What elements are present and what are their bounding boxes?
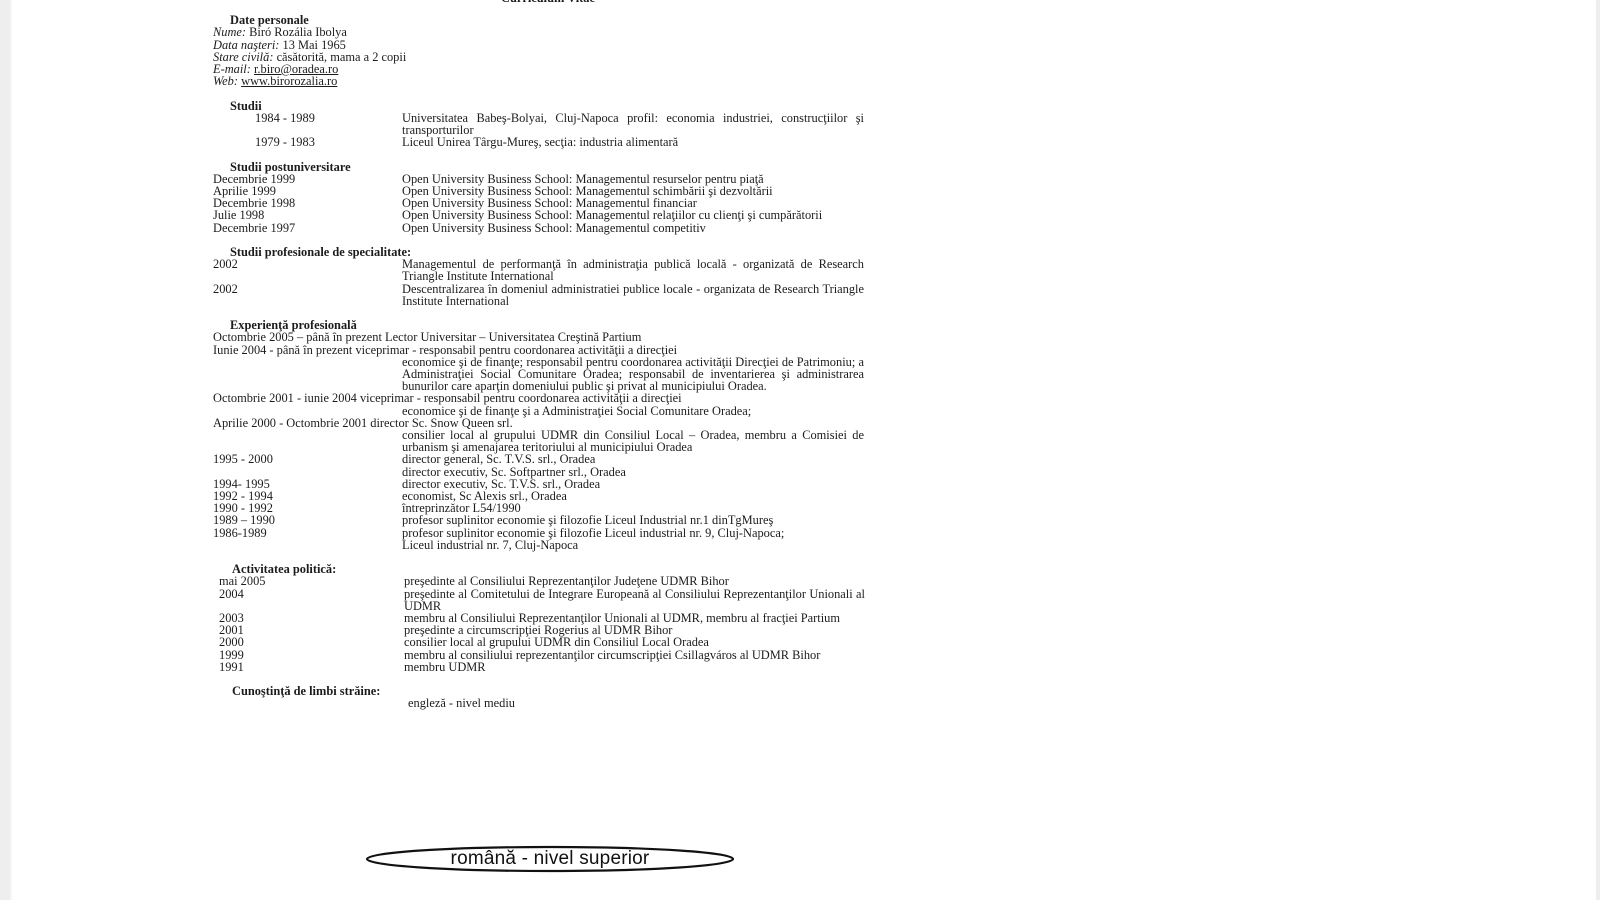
item-text: Liceul Unirea Târgu-Mureş, secţia: indus… [402, 136, 864, 148]
item-date: Julie 1998 [213, 209, 402, 221]
item-text: Open University Business School: Managem… [402, 222, 864, 234]
experience-detail: economice şi de finanţe; responsabil pen… [402, 356, 864, 393]
experience-detail: consilier local al grupului UDMR din Con… [402, 429, 864, 453]
list-item: 2000consilier local al grupului UDMR din… [213, 636, 865, 648]
list-item: 1989 – 1990profesor suplinitor economie … [213, 514, 865, 526]
list-item: 1995 - 2000director general, Sc. T.V.S. … [213, 453, 865, 465]
item-text: preşedinte al Consiliului Reprezentanţil… [404, 575, 865, 587]
item-date: 1979 - 1983 [213, 136, 402, 148]
item-text: consilier local al grupului UDMR din Con… [404, 636, 865, 648]
item-date: 2002 [213, 258, 402, 282]
experience-item: Octombrie 2001 - iunie 2004 viceprimar -… [213, 392, 865, 416]
list-item: 2002Managementul de performanţă în admin… [213, 258, 865, 282]
personal-fields: Nume: Biró Rozália IbolyaData naşteri: 1… [213, 26, 865, 87]
item-date: 2000 [213, 636, 404, 648]
section-postgrad-heading: Studii postuniversitare [230, 161, 865, 173]
item-text: director general, Sc. T.V.S. srl., Orade… [402, 453, 864, 465]
item-date: 2004 [213, 588, 404, 612]
list-item: 1999membru al consiliului reprezentanţil… [213, 649, 865, 661]
experience-current: Octombrie 2005 – până în prezent Lector … [213, 331, 864, 343]
list-item: 1979 - 1983Liceul Unirea Târgu-Mureş, se… [213, 136, 865, 148]
cv-document: Curriculum Vitae Date personale Nume: Bi… [213, 0, 865, 710]
item-text: preşedinte al Comitetului de Integrare E… [404, 588, 865, 612]
item-date: 1984 - 1989 [213, 112, 402, 136]
experience-detail: economice şi de finanţe şi a Administraţ… [402, 405, 864, 417]
experience-lead: Octombrie 2001 - iunie 2004 viceprimar -… [213, 392, 864, 404]
item-text: Managementul de performanţă în administr… [402, 258, 864, 282]
item-date: Decembrie 1997 [213, 222, 402, 234]
item-text: Descentralizarea în domeniul administrat… [402, 283, 864, 307]
list-item: 1992 - 1994economist, Sc Alexis srl., Or… [213, 490, 865, 502]
experience-lead: Iunie 2004 - până în prezent viceprimar … [213, 344, 864, 356]
studies-list: 1984 - 1989Universitatea Babeş-Bolyai, C… [213, 112, 865, 149]
experience-list: 1995 - 2000director general, Sc. T.V.S. … [213, 453, 865, 551]
section-studies-heading: Studii [230, 100, 865, 112]
list-item: 2004preşedinte al Comitetului de Integra… [213, 588, 865, 612]
list-item: Decembrie 1997Open University Business S… [213, 222, 865, 234]
list-item: 1984 - 1989Universitatea Babeş-Bolyai, C… [213, 112, 865, 136]
item-date: 1991 [213, 661, 404, 673]
item-date: 1986-1989 [213, 527, 402, 539]
field-label: Web: [213, 74, 238, 88]
field-link[interactable]: www.birorozalia.ro [241, 74, 337, 88]
languages-list: engleză - nivel mediu [213, 697, 865, 709]
item-text: Open University Business School: Managem… [402, 209, 864, 221]
specialty-list: 2002Managementul de performanţă în admin… [213, 258, 865, 307]
item-text: Universitatea Babeş-Bolyai, Cluj-Napoca … [402, 112, 864, 136]
personal-field: Web: www.birorozalia.ro [213, 75, 865, 87]
highlighted-language-text: română - nivel superior [365, 848, 735, 870]
item-date: 1989 – 1990 [213, 514, 402, 526]
highlighted-language: română - nivel superior [365, 845, 735, 873]
experience-item: Aprilie 2000 - Octombrie 2001 director S… [213, 417, 865, 454]
politics-list: mai 2005preşedinte al Consiliului Reprez… [213, 575, 865, 673]
item-date: mai 2005 [213, 575, 404, 587]
item-date: 2002 [213, 283, 402, 307]
list-item: Liceul industrial nr. 7, Cluj-Napoca [213, 539, 865, 551]
page-gutter-left [0, 0, 10, 900]
list-item: mai 2005preşedinte al Consiliului Reprez… [213, 575, 865, 587]
list-item: Julie 1998Open University Business Schoo… [213, 209, 865, 221]
section-languages-heading: Cunoştinţă de limbi străine: [232, 685, 865, 697]
item-date [213, 539, 402, 551]
list-item: 2002Descentralizarea în domeniul adminis… [213, 283, 865, 307]
item-date: 1995 - 2000 [213, 453, 402, 465]
item-text: Liceul industrial nr. 7, Cluj-Napoca [402, 539, 864, 551]
document-title: Curriculum Vitae [213, 0, 883, 4]
experience-item: Iunie 2004 - până în prezent viceprimar … [213, 344, 865, 393]
page-gutter-right [1596, 0, 1600, 900]
language-item: engleză - nivel mediu [408, 697, 865, 709]
list-item: 1991membru UDMR [213, 661, 865, 673]
item-text: profesor suplinitor economie şi filozofi… [402, 514, 864, 526]
experience-long-list: Iunie 2004 - până în prezent viceprimar … [213, 344, 865, 454]
item-text: membru UDMR [404, 661, 865, 673]
postgrad-list: Decembrie 1999Open University Business S… [213, 173, 865, 234]
